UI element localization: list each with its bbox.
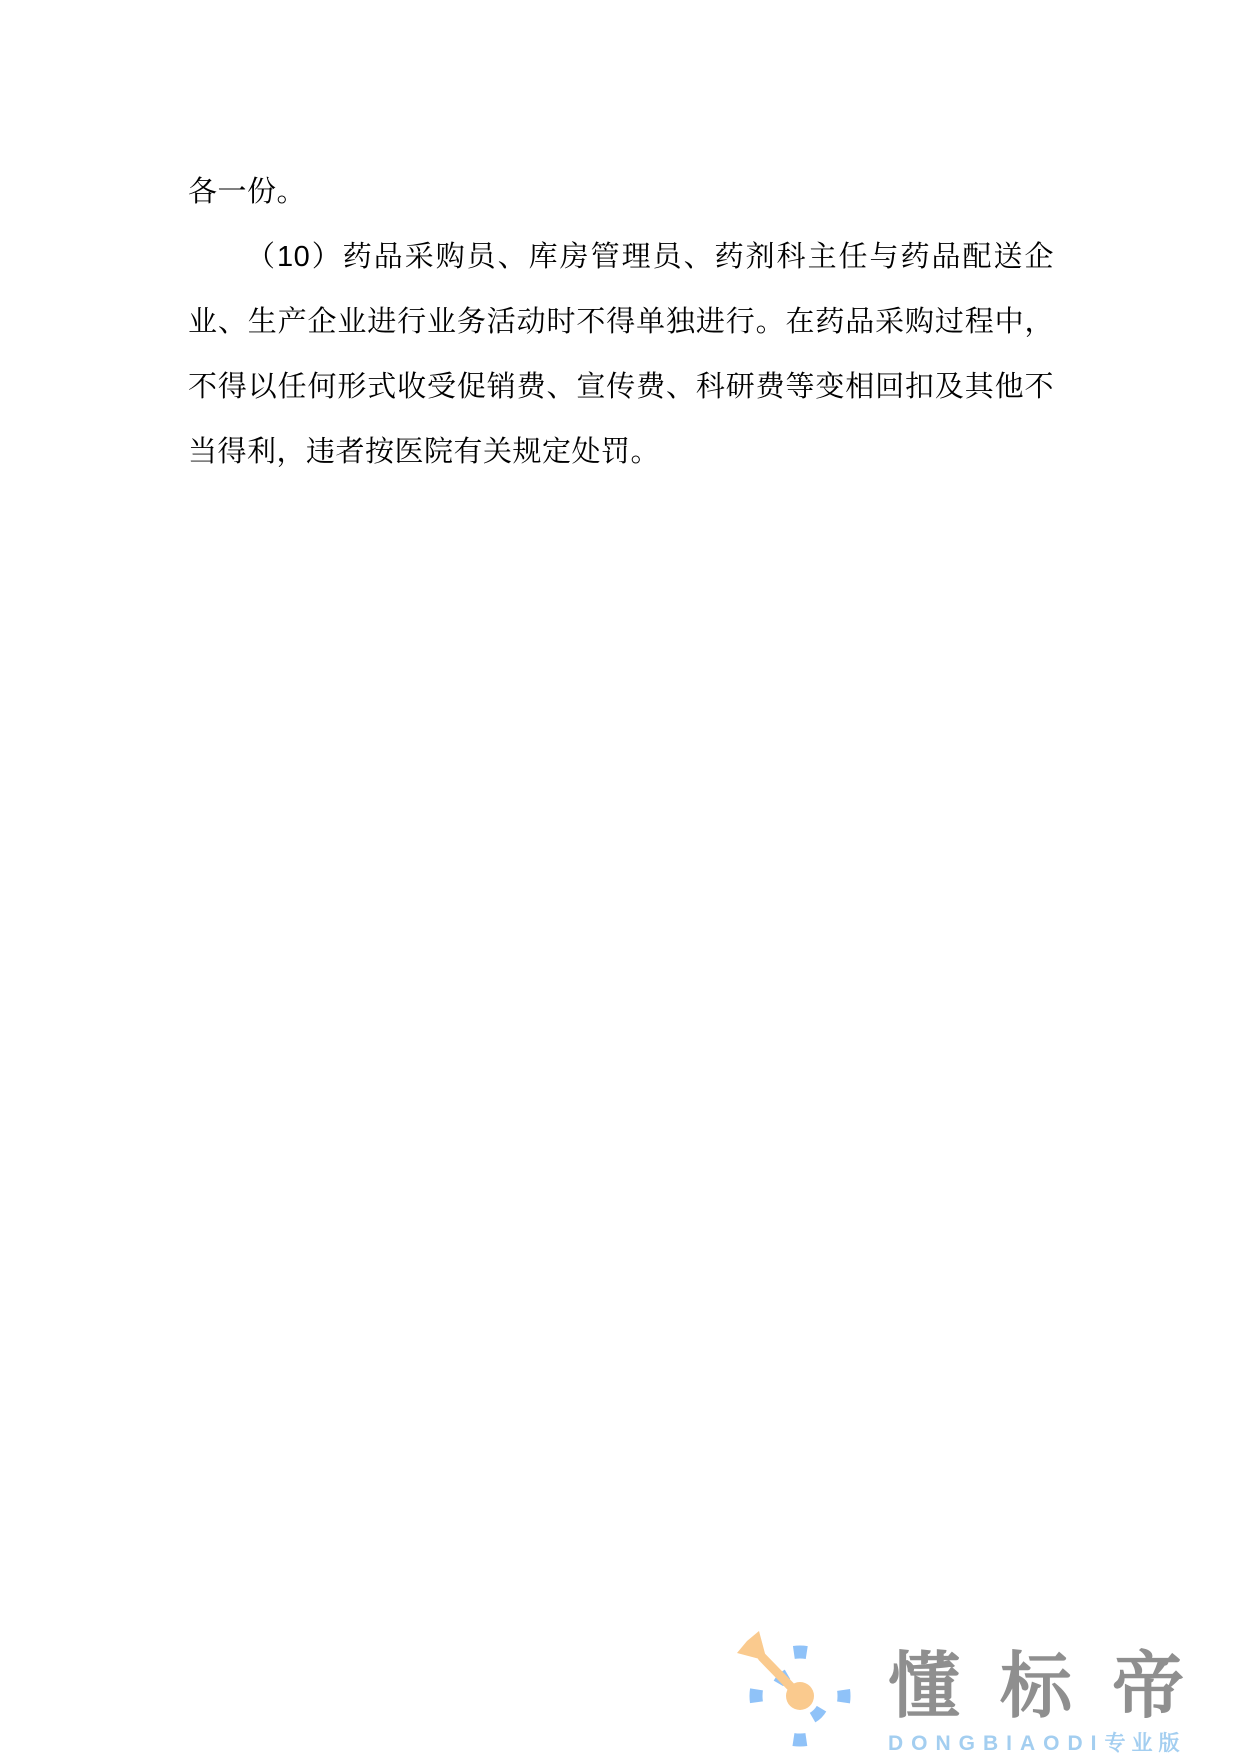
dart-shaft xyxy=(762,1657,794,1690)
dart-head xyxy=(786,1682,814,1710)
watermark-logo: 懂标帝 DONGBIAODI专业版 xyxy=(736,1630,1186,1754)
brand-latin-name: DONGBIAODI xyxy=(888,1732,1105,1754)
document-body: 各一份。 （10）药品采购员、库房管理员、药剂科主任与药品配送企业、生产企业进行… xyxy=(188,160,1054,485)
brand-name: 懂标帝 xyxy=(888,1650,1226,1724)
document-page: 各一份。 （10）药品采购员、库房管理员、药剂科主任与药品配送企业、生产企业进行… xyxy=(0,0,1241,1754)
target-dart-icon xyxy=(736,1630,864,1754)
paragraph-item-10: （10）药品采购员、库房管理员、药剂科主任与药品配送企业、生产企业进行业务活动时… xyxy=(188,225,1054,485)
brand-edition-label: 专业版 xyxy=(1105,1732,1186,1754)
brand-subtitle: DONGBIAODI专业版 xyxy=(888,1727,1186,1754)
brand-text-block: 懂标帝 DONGBIAODI专业版 xyxy=(888,1630,1186,1754)
paragraph-first: 各一份。 xyxy=(188,160,1054,225)
